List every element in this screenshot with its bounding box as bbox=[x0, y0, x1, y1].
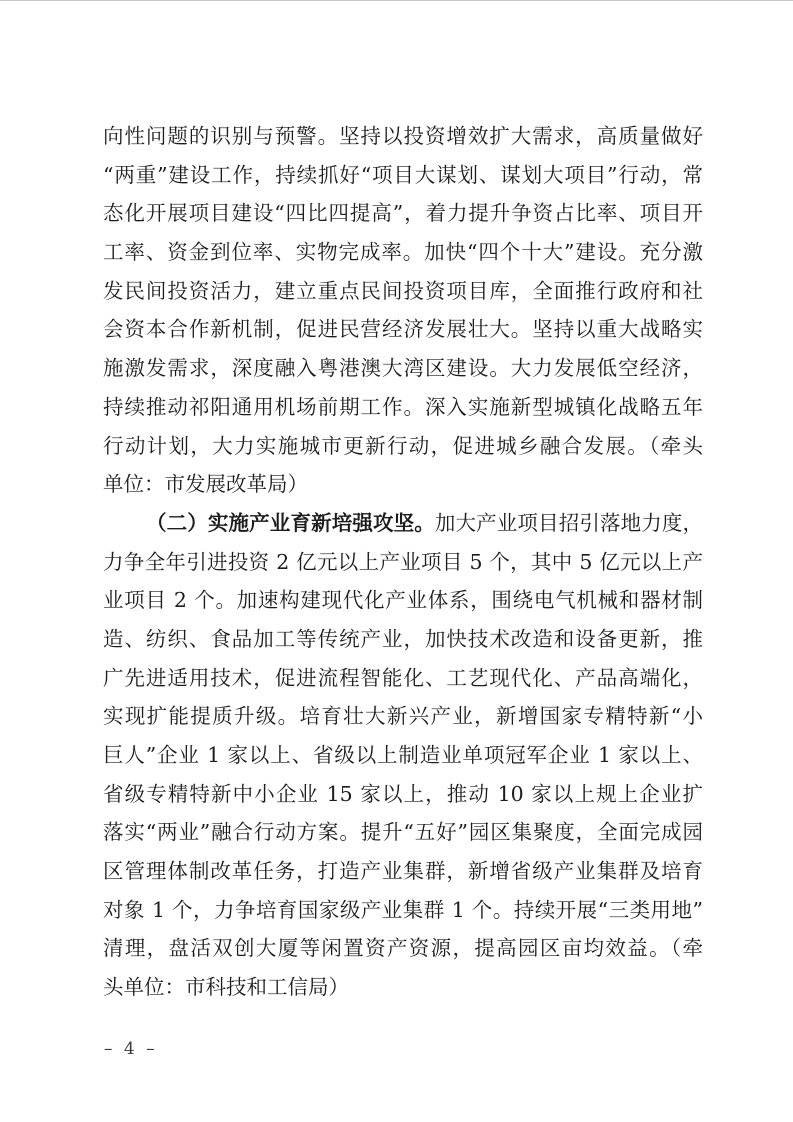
body-text: 清理，盘活双创大厦等闲置资产资源，提高园区亩均效益。（牵 bbox=[103, 936, 703, 960]
body-text: 会资本合作新机制，促进民营经济发展壮大。坚持以重大战略实 bbox=[103, 317, 703, 341]
body-text: 区管理体制改革任务，打造产业集群，新增省级产业集群及培育 bbox=[103, 859, 703, 883]
body-text: 发民间投资活力，建立重点民间投资项目库，全面推行政府和社 bbox=[103, 279, 703, 303]
body-text: 行动计划，大力实施城市更新行动，促进城乡融合发展。（牵头 bbox=[103, 434, 703, 458]
text-line: 省级专精特新中小企业 15 家以上，推动 10 家以上规上企业扩能。 bbox=[103, 775, 703, 814]
body-text: 施激发需求，深度融入粤港澳大湾区建设。大力发展低空经济， bbox=[103, 356, 703, 380]
body-text: 业项目 2 个。加速构建现代化产业体系，围绕电气机械和器材制 bbox=[103, 588, 703, 612]
text-line: 向性问题的识别与预警。坚持以投资增效扩大需求，高质量做好 bbox=[103, 117, 703, 156]
body-text: 单位：市发展改革局） bbox=[103, 472, 308, 496]
text-line: 力争全年引进投资 2 亿元以上产业项目 5 个，其中 5 亿元以上产 bbox=[103, 543, 703, 582]
section-heading-bold: （二）实施产业育新培强攻坚。 bbox=[146, 511, 435, 535]
body-text: “两重”建设工作，持续抓好“项目大谋划、谋划大项目”行动，常 bbox=[103, 163, 703, 187]
text-line: 行动计划，大力实施城市更新行动，促进城乡融合发展。（牵头 bbox=[103, 427, 703, 466]
body-text: 向性问题的识别与预警。坚持以投资增效扩大需求，高质量做好 bbox=[103, 124, 703, 148]
text-line: 对象 1 个，力争培育国家级产业集群 1 个。持续开展“三类用地” bbox=[103, 891, 703, 930]
body-text: 造、纺织、食品加工等传统产业，加快技术改造和设备更新，推 bbox=[103, 627, 703, 651]
body-text: 加大产业项目招引落地力度， bbox=[435, 511, 703, 535]
text-line: 实现扩能提质升级。培育壮大新兴产业，新增国家专精特新“小 bbox=[103, 697, 703, 736]
body-text: 广先进适用技术，促进流程智能化、工艺现代化、产品高端化， bbox=[103, 666, 703, 690]
text-line: 会资本合作新机制，促进民营经济发展壮大。坚持以重大战略实 bbox=[103, 310, 703, 349]
page-number: – 4 – bbox=[104, 1037, 158, 1061]
body-text: 头单位：市科技和工信局） bbox=[103, 975, 349, 999]
text-line: 持续推动祁阳通用机场前期工作。深入实施新型城镇化战略五年 bbox=[103, 388, 703, 427]
text-line: 发民间投资活力，建立重点民间投资项目库，全面推行政府和社 bbox=[103, 272, 703, 311]
text-line: 巨人”企业 1 家以上、省级以上制造业单项冠军企业 1 家以上、 bbox=[103, 736, 703, 775]
body-text: 态化开展项目建设“四比四提高”，着力提升争资占比率、项目开 bbox=[103, 201, 703, 225]
text-line: “两重”建设工作，持续抓好“项目大谋划、谋划大项目”行动，常 bbox=[103, 156, 703, 195]
text-line: 落实“两业”融合行动方案。提升“五好”园区集聚度，全面完成园 bbox=[103, 813, 703, 852]
body-text: 对象 1 个，力争培育国家级产业集群 1 个。持续开展“三类用地” bbox=[103, 898, 703, 922]
document-page: 向性问题的识别与预警。坚持以投资增效扩大需求，高质量做好“两重”建设工作，持续抓… bbox=[0, 0, 793, 1122]
text-line: 态化开展项目建设“四比四提高”，着力提升争资占比率、项目开 bbox=[103, 194, 703, 233]
text-block: 向性问题的识别与预警。坚持以投资增效扩大需求，高质量做好“两重”建设工作，持续抓… bbox=[103, 117, 703, 1007]
text-line: 施激发需求，深度融入粤港澳大湾区建设。大力发展低空经济， bbox=[103, 349, 703, 388]
body-text: 持续推动祁阳通用机场前期工作。深入实施新型城镇化战略五年 bbox=[103, 395, 703, 419]
body-text: 巨人”企业 1 家以上、省级以上制造业单项冠军企业 1 家以上、 bbox=[103, 743, 703, 767]
text-line: 单位：市发展改革局） bbox=[103, 465, 703, 504]
body-text: 实现扩能提质升级。培育壮大新兴产业，新增国家专精特新“小 bbox=[103, 704, 703, 728]
text-line: 区管理体制改革任务，打造产业集群，新增省级产业集群及培育 bbox=[103, 852, 703, 891]
text-line: 清理，盘活双创大厦等闲置资产资源，提高园区亩均效益。（牵 bbox=[103, 929, 703, 968]
text-line: 造、纺织、食品加工等传统产业，加快技术改造和设备更新，推 bbox=[103, 620, 703, 659]
text-line: 业项目 2 个。加速构建现代化产业体系，围绕电气机械和器材制 bbox=[103, 581, 703, 620]
text-line: 头单位：市科技和工信局） bbox=[103, 968, 703, 1007]
text-line: 工率、资金到位率、实物完成率。加快“四个十大”建设。充分激 bbox=[103, 233, 703, 272]
body-text: 落实“两业”融合行动方案。提升“五好”园区集聚度，全面完成园 bbox=[103, 820, 703, 844]
scan-top-edge bbox=[0, 0, 793, 1]
body-text: 工率、资金到位率、实物完成率。加快“四个十大”建设。充分激 bbox=[103, 240, 703, 264]
text-line: 广先进适用技术，促进流程智能化、工艺现代化、产品高端化， bbox=[103, 659, 703, 698]
text-line: （二）实施产业育新培强攻坚。加大产业项目招引落地力度， bbox=[103, 504, 703, 543]
body-text: 力争全年引进投资 2 亿元以上产业项目 5 个，其中 5 亿元以上产 bbox=[103, 550, 703, 574]
body-text: 省级专精特新中小企业 15 家以上，推动 10 家以上规上企业扩能。 bbox=[103, 782, 703, 814]
